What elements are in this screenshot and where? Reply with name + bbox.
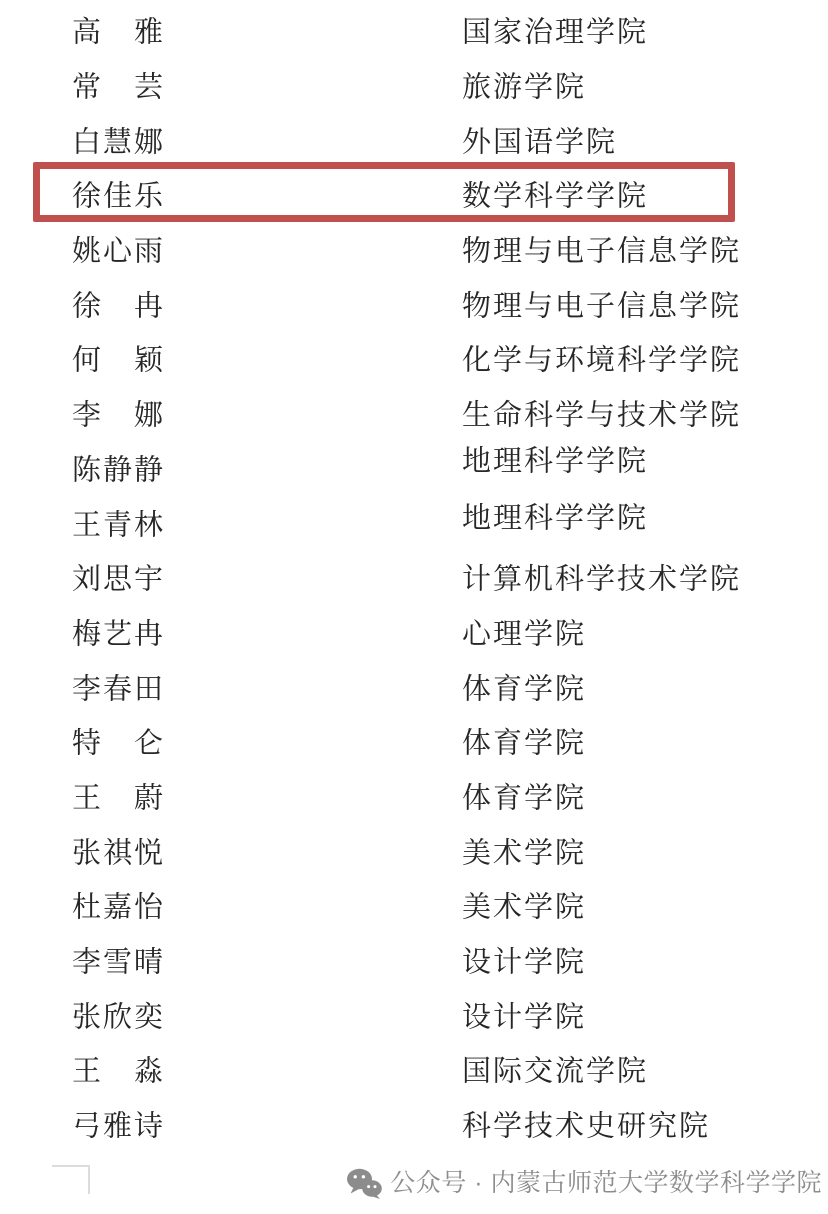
- college-name: 旅游学院: [462, 74, 586, 103]
- student-name: 弓雅诗: [72, 1113, 165, 1142]
- student-name: 杜嘉怡: [72, 894, 165, 923]
- watermark-footer: 公众号 · 内蒙古师范大学数学科学学院: [346, 1166, 822, 1200]
- student-name: 徐 冉: [72, 292, 165, 321]
- college-name: 体育学院: [462, 675, 586, 704]
- table-row: 张欣奕 设计学院: [0, 990, 828, 1045]
- document-page: 高 雅 国家治理学院 常 芸 旅游学院 白慧娜 外国语学院 徐佳乐 数学科学学院…: [0, 0, 828, 1214]
- table-row: 王青林 地理科学学院: [0, 498, 828, 553]
- college-name: 科学技术史研究院: [462, 1113, 710, 1142]
- college-name: 设计学院: [462, 949, 586, 978]
- table-row: 李春田 体育学院: [0, 662, 828, 717]
- student-name: 特 仑: [72, 730, 165, 759]
- table-row: 杜嘉怡 美术学院: [0, 881, 828, 936]
- college-name: 美术学院: [462, 894, 586, 923]
- wechat-icon: [346, 1168, 382, 1199]
- table-row: 李雪晴 设计学院: [0, 936, 828, 991]
- table-corner-mark: [52, 1165, 90, 1194]
- college-name: 外国语学院: [462, 128, 617, 157]
- college-name: 计算机科学技术学院: [462, 566, 741, 595]
- student-name: 高 雅: [72, 19, 165, 48]
- college-name: 体育学院: [462, 784, 586, 813]
- college-name: 地理科学学院: [462, 447, 648, 476]
- student-name: 李雪晴: [72, 949, 165, 978]
- roster-table: 高 雅 国家治理学院 常 芸 旅游学院 白慧娜 外国语学院 徐佳乐 数学科学学院…: [0, 6, 828, 1154]
- student-name: 李春田: [72, 675, 165, 704]
- table-row: 徐 冉 物理与电子信息学院: [0, 279, 828, 334]
- college-name: 数学科学学院: [462, 183, 648, 212]
- table-row: 王 蔚 体育学院: [0, 772, 828, 827]
- college-name: 国家治理学院: [462, 19, 648, 48]
- table-row: 张祺悦 美术学院: [0, 826, 828, 881]
- student-name: 刘思宇: [72, 566, 165, 595]
- table-row-highlighted: 徐佳乐 数学科学学院: [0, 170, 828, 225]
- student-name: 张欣奕: [72, 1003, 165, 1032]
- college-name: 国际交流学院: [462, 1058, 648, 1087]
- table-row: 何 颖 化学与环境科学学院: [0, 334, 828, 389]
- student-name: 梅艺冉: [72, 620, 165, 649]
- college-name: 美术学院: [462, 839, 586, 868]
- student-name: 王 蔚: [72, 784, 165, 813]
- student-name: 常 芸: [72, 74, 165, 103]
- table-row: 梅艺冉 心理学院: [0, 608, 828, 663]
- college-name: 生命科学与技术学院: [462, 402, 741, 431]
- student-name: 张祺悦: [72, 839, 165, 868]
- table-row: 白慧娜 外国语学院: [0, 115, 828, 170]
- student-name: 徐佳乐: [72, 183, 165, 212]
- college-name: 物理与电子信息学院: [462, 238, 741, 267]
- table-row: 陈静静 地理科学学院: [0, 444, 828, 499]
- student-name: 陈静静: [72, 456, 165, 485]
- student-name: 姚心雨: [72, 238, 165, 267]
- table-row: 王 淼 国际交流学院: [0, 1045, 828, 1100]
- watermark-text: 公众号 · 内蒙古师范大学数学科学学院: [390, 1171, 822, 1196]
- college-name: 物理与电子信息学院: [462, 292, 741, 321]
- college-name: 地理科学学院: [462, 504, 648, 533]
- table-row: 弓雅诗 科学技术史研究院: [0, 1100, 828, 1155]
- table-row: 特 仑 体育学院: [0, 717, 828, 772]
- table-row: 常 芸 旅游学院: [0, 61, 828, 116]
- college-name: 体育学院: [462, 730, 586, 759]
- student-name: 王青林: [72, 511, 165, 540]
- student-name: 王 淼: [72, 1058, 165, 1087]
- table-row: 高 雅 国家治理学院: [0, 6, 828, 61]
- student-name: 李 娜: [72, 402, 165, 431]
- student-name: 何 颖: [72, 347, 165, 376]
- table-row: 李 娜 生命科学与技术学院: [0, 389, 828, 444]
- table-row: 姚心雨 物理与电子信息学院: [0, 225, 828, 280]
- college-name: 设计学院: [462, 1003, 586, 1032]
- college-name: 心理学院: [462, 620, 586, 649]
- student-name: 白慧娜: [72, 128, 165, 157]
- table-row: 刘思宇 计算机科学技术学院: [0, 553, 828, 608]
- college-name: 化学与环境科学学院: [462, 347, 741, 376]
